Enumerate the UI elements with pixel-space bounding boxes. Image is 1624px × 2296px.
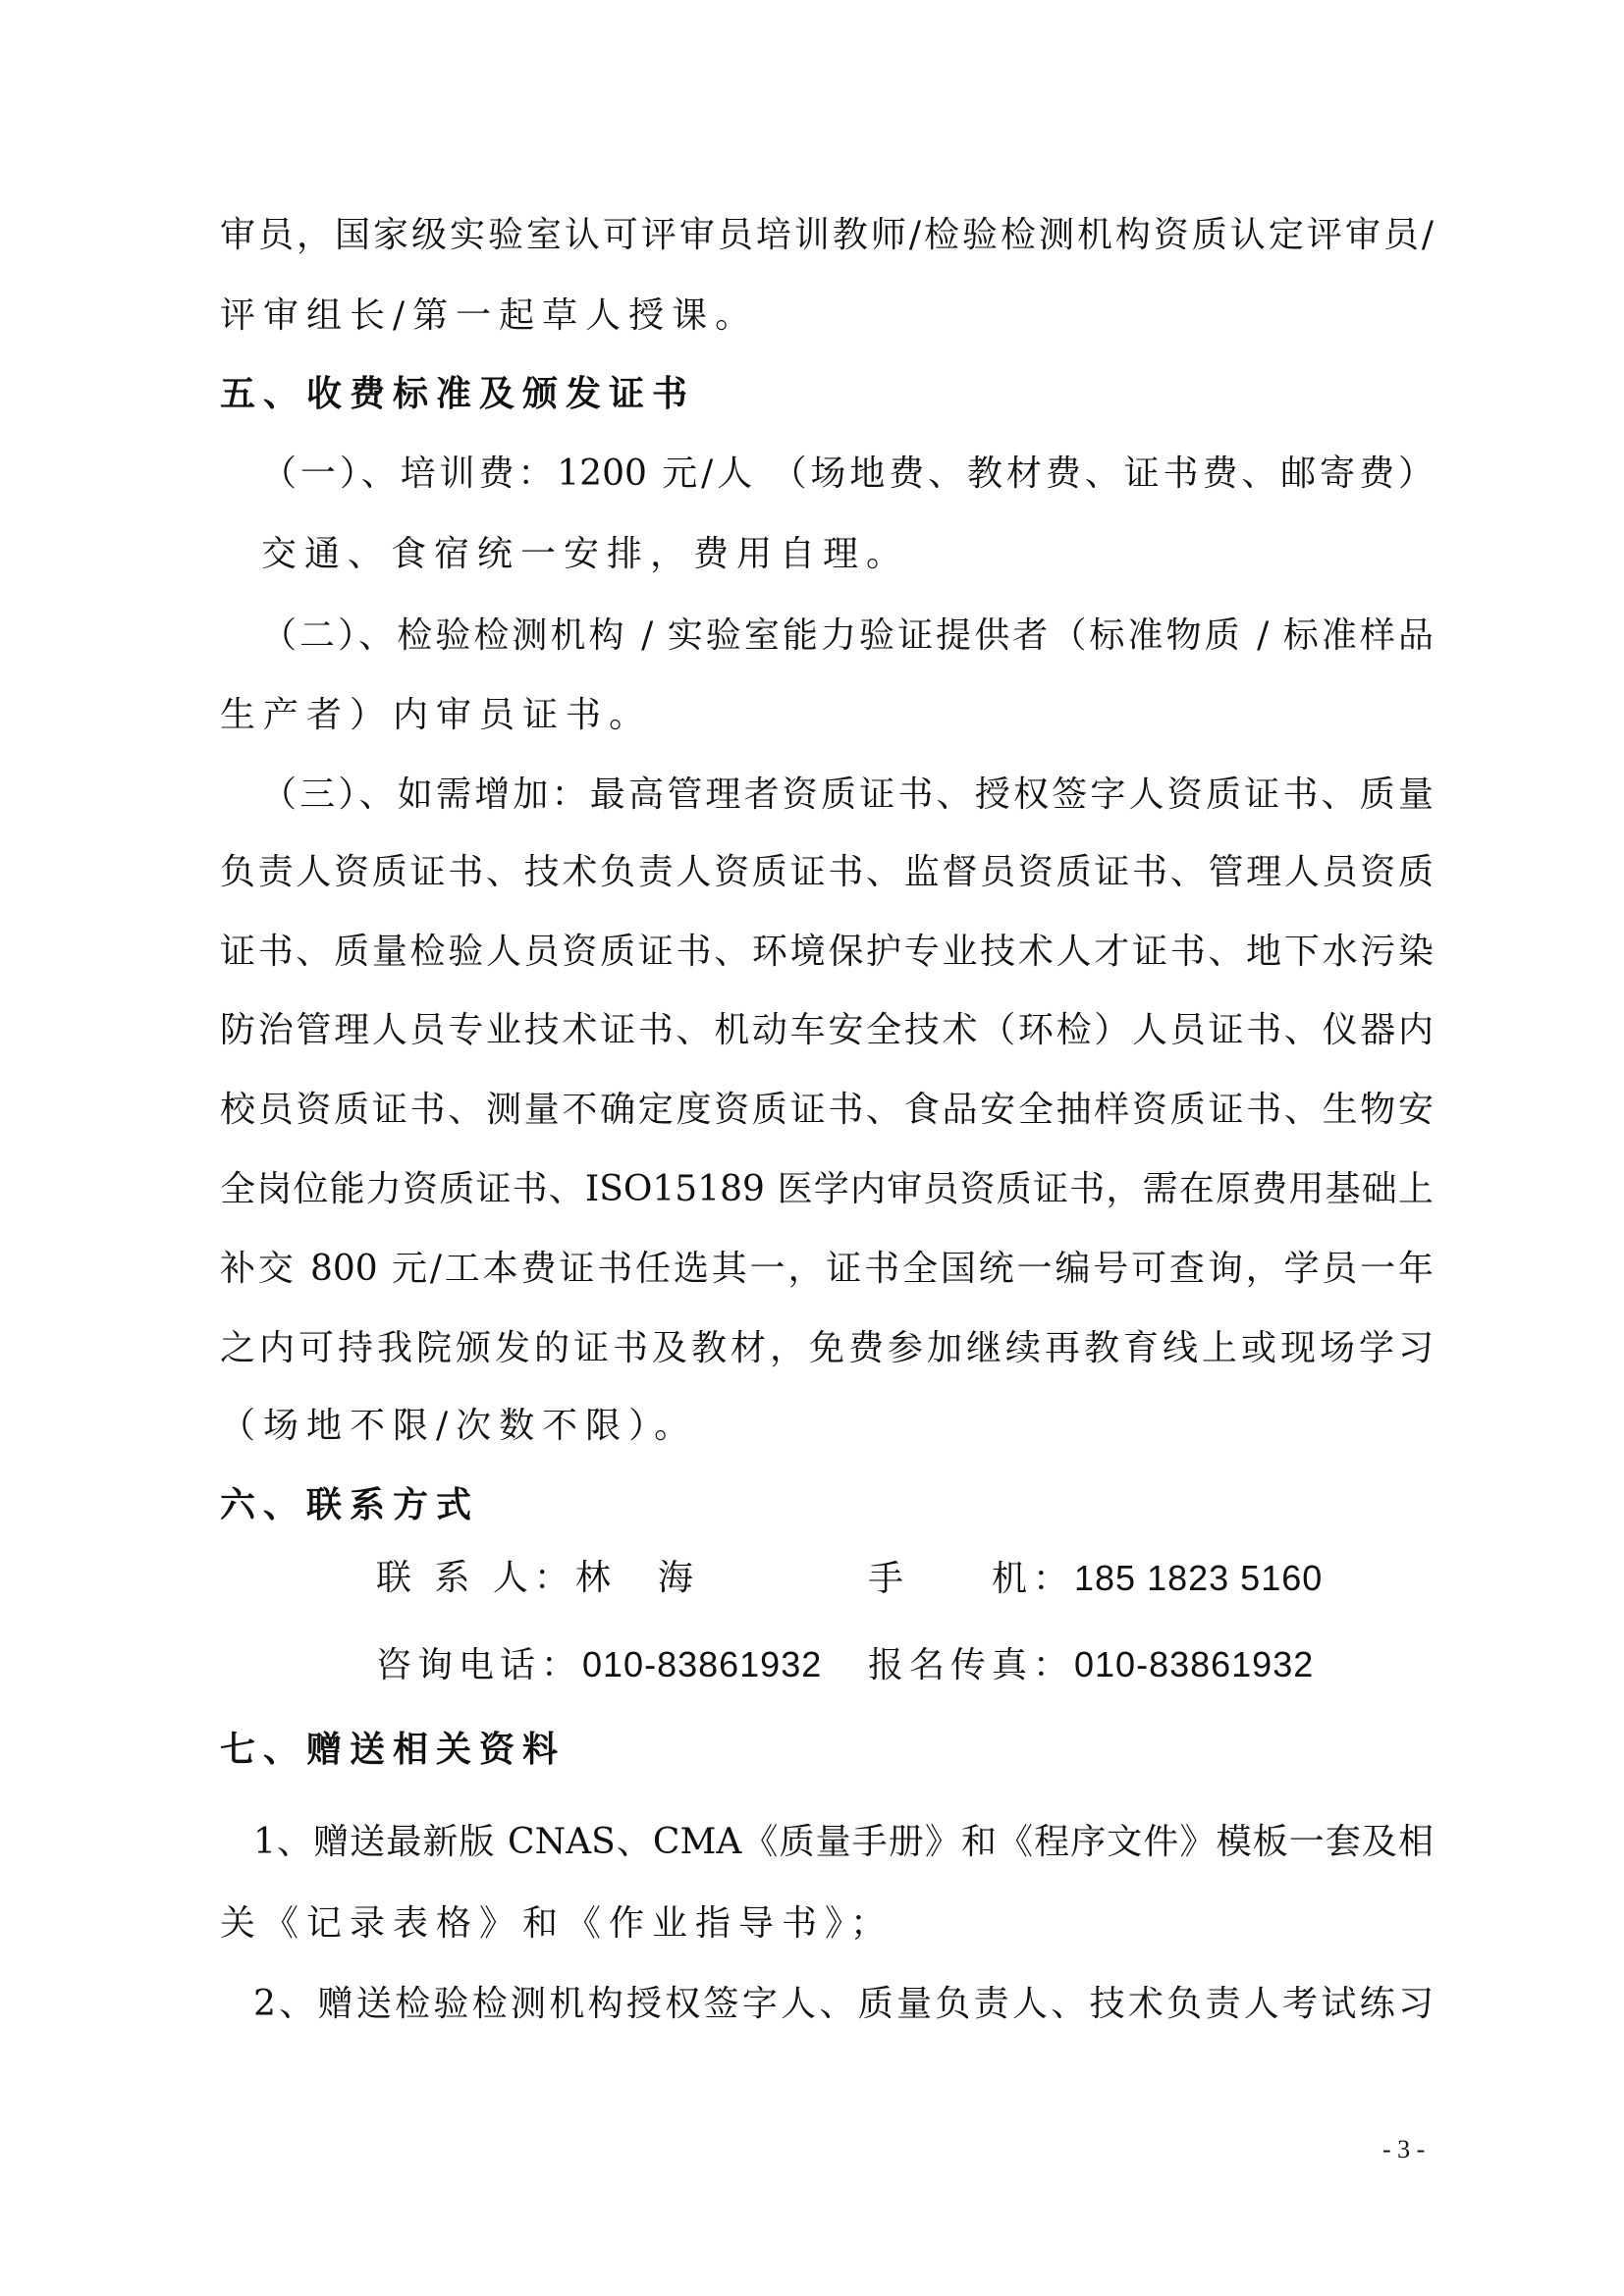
contact-person-label: 联 系 人：	[376, 1558, 575, 1598]
page-number: - 3 -	[1382, 2130, 1425, 2169]
contact-fax: 报名传真：010-83861932	[868, 1635, 1314, 1694]
fee-item-1-line-1: （一）、培训费：1200 元/人 （场地费、教材费、证书费、邮寄费）	[261, 445, 1434, 504]
fee-item-3-line: （场地不限/次数不限）。	[220, 1397, 697, 1456]
fee-item-1-line-2: 交通、食宿统一安排，费用自理。	[261, 525, 909, 584]
phone-label: 咨询电话：	[376, 1645, 582, 1685]
fee-item-3-line: 证书、质量检验人员资质证书、环境保护专业技术人才证书、地下水污染	[220, 923, 1434, 982]
section-heading-contact: 六、联系方式	[220, 1476, 479, 1535]
mobile-value: 185 1823 5160	[1074, 1558, 1323, 1598]
fee-item-2-line-2: 生产者）内审员证书。	[220, 686, 652, 745]
section-heading-fees: 五、收费标准及颁发证书	[220, 365, 695, 424]
phone-value: 010-83861932	[582, 1644, 822, 1684]
fee-item-3-line: 防治管理人员专业技术证书、机动车安全技术（环检）人员证书、仪器内	[220, 1001, 1434, 1060]
body-line: 评审组长/第一起草人授课。	[220, 287, 758, 346]
fee-item-3-line: 补交 800 元/工本费证书任选其一，证书全国统一编号可查询，学员一年	[220, 1240, 1434, 1299]
body-line: 审员，国家级实验室认可评审员培训教师/检验检测机构资质认定评审员/	[220, 206, 1434, 265]
fax-label: 报名传真：	[868, 1645, 1074, 1685]
fee-item-3-line: 校员资质证书、测量不确定度资质证书、食品安全抽样资质证书、生物安	[220, 1081, 1434, 1140]
fee-item-3-line: 之内可持我院颁发的证书及教材，免费参加继续再教育线上或现场学习	[220, 1319, 1434, 1378]
gift-item-1-line-1: 1、赠送最新版 CNAS、CMA《质量手册》和《程序文件》模板一套及相	[253, 1813, 1434, 1872]
section-heading-gifts: 七、赠送相关资料	[220, 1721, 566, 1780]
mobile-label: 手 机：	[868, 1559, 1074, 1599]
fee-item-3-line: 全岗位能力资质证书、ISO15189 医学内审员资质证书，需在原费用基础上	[220, 1160, 1434, 1219]
document-page: 审员，国家级实验室认可评审员培训教师/检验检测机构资质认定评审员/ 评审组长/第…	[0, 0, 1624, 2296]
contact-mobile: 手 机：185 1823 5160	[868, 1549, 1323, 1608]
gift-item-2-line-1: 2、赠送检验检测机构授权签字人、质量负责人、技术负责人考试练习	[253, 1975, 1434, 2034]
fee-item-3-line: （三）、如需增加：最高管理者资质证书、授权签字人资质证书、质量	[261, 766, 1434, 825]
contact-person: 联 系 人：林 海	[376, 1549, 699, 1608]
contact-person-value: 林 海	[575, 1558, 699, 1598]
gift-item-1-line-2: 关《记录表格》和《作业指导书》；	[220, 1895, 893, 1953]
fax-value: 010-83861932	[1074, 1644, 1314, 1684]
fee-item-2-line-1: （二）、检验检测机构 / 实验室能力验证提供者（标准物质 / 标准样品	[261, 607, 1434, 666]
fee-item-3-line: 负责人资质证书、技术负责人资质证书、监督员资质证书、管理人员资质	[220, 843, 1434, 902]
contact-phone: 咨询电话：010-83861932	[376, 1635, 822, 1694]
